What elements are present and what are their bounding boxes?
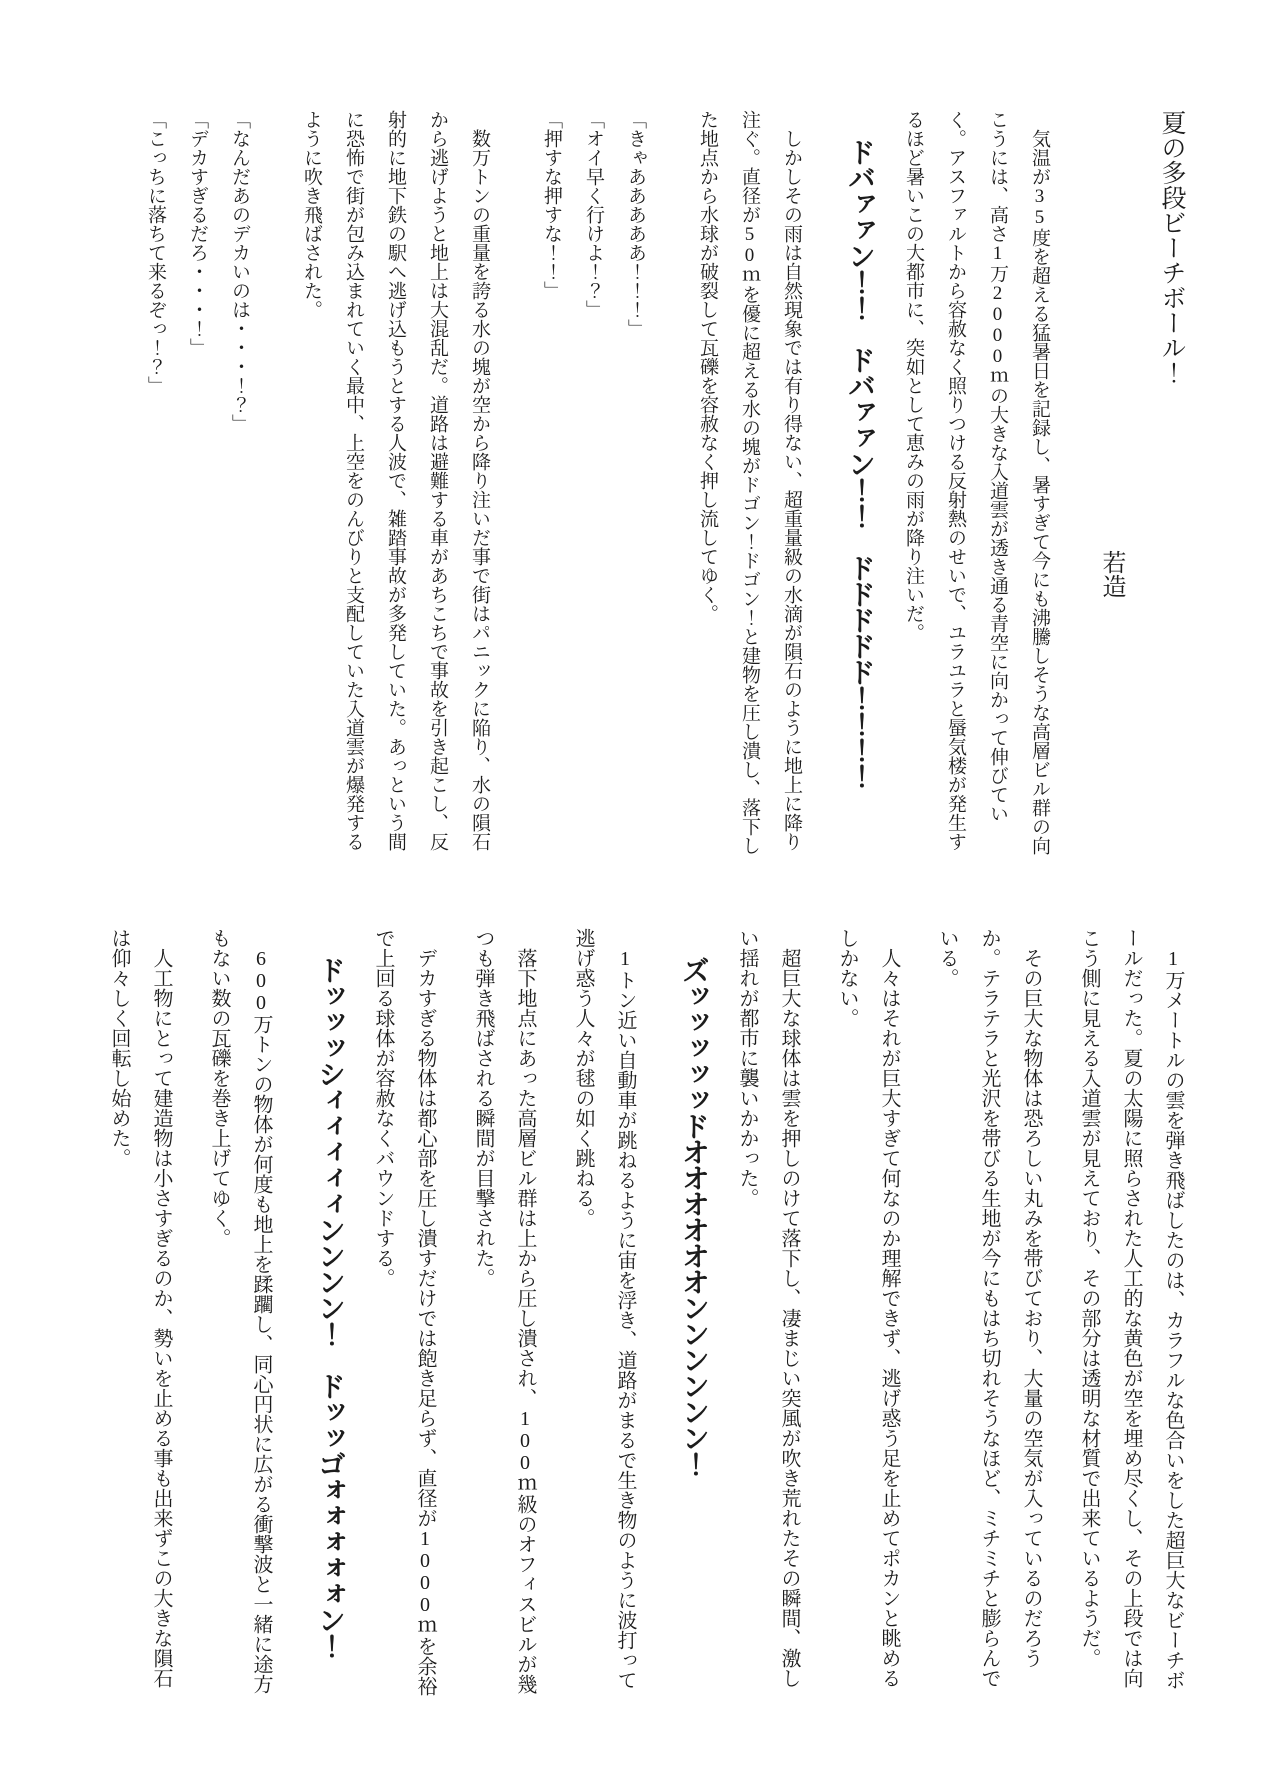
paragraph: ズッッッッッドオオオオオオンンンンンン！ [672,928,714,1706]
paragraph: 落下地点にあった高層ビル群は上から圧し潰され、100ｍ級のオフィスビルが幾つも弾… [462,928,546,1706]
paragraph: 人々はそれが巨大すぎて何なのか理解できず、逃げ惑う足を止めてポカンと眺めるしかな… [826,928,910,1706]
paragraph: 「こっちに落ちて来るぞっ！？」 [134,110,176,855]
paragraph: ドバァァン！！ ドバァァン！！ ドドドドド！！！！ [838,110,880,855]
paragraph: ドッッッシィィィィィンンンン！ ドッッゴォォォォォン！ [308,928,350,1706]
paragraph: 1トン近い自動車が跳ねるように宙を浮き、道路がまるで生き物のように波打って逃げ惑… [562,928,646,1706]
page-1-text: 気温が35度を超える猛暑日を記録し、暑すぎて今にも沸騰しそうな高層ビル群の向こう… [134,110,1060,855]
paragraph: 「きゃあああああ！！！」 [614,110,656,855]
page-2: 1万メートルの雲を弾き飛ばしたのは、カラフルな色合いをした超巨大なビーチボールだ… [98,928,1194,1706]
novel-page: { "document": { "background": "#ffffff",… [0,0,1280,1790]
paragraph: 人工物にとって建造物は小さすぎるのか、勢いを止める事も出来ずこの大きな隕石は仰々… [98,928,182,1706]
paragraph: 数万トンの重量を誇る水の塊が空から降り注いだ事で街はパニックに陥り、水の隕石から… [290,110,500,855]
paragraph: 超巨大な球体は雲を押しのけて落下し、凄まじい突風が吹き荒れたその瞬間、激しい揺れ… [726,928,810,1706]
paragraph: しかしその雨は自然現象では有り得ない、超重量級の水滴が隕石のように地上に降り注ぐ… [686,110,812,855]
paragraph: デカすぎる物体は都心部を圧し潰すだけでは飽き足らず、直径が1000ｍを余裕で上回… [362,928,446,1706]
paragraph: 「オイ早く行けよ！？」 [572,110,614,855]
page-1: 夏の多段ビーチボール！ 若造 気温が35度を超える猛暑日を記録し、暑すぎて今にも… [134,110,1190,855]
paragraph: 600万トンの物体が何度も地上を蹂躙し、同心円状に広がる衝撃波と一緒に途方もない… [198,928,282,1706]
page-2-text: 1万メートルの雲を弾き飛ばしたのは、カラフルな色合いをした超巨大なビーチボールだ… [98,928,1194,1706]
author-name: 若造 [1092,110,1130,855]
paragraph: 「なんだあのデカいのは・・・！？」 [218,110,260,855]
story-title: 夏の多段ビーチボール！ [1152,110,1190,855]
paragraph: 気温が35度を超える猛暑日を記録し、暑すぎて今にも沸騰しそうな高層ビル群の向こう… [892,110,1060,855]
paragraph: その巨大な物体は恐ろしい丸みを帯びており、大量の空気が入っているのだろうか。テラ… [926,928,1052,1706]
paragraph: 1万メートルの雲を弾き飛ばしたのは、カラフルな色合いをした超巨大なビーチボールだ… [1068,928,1194,1706]
paragraph: 「押すな押すな！！」 [530,110,572,855]
paragraph: 「デカすぎるだろ・・・！」 [176,110,218,855]
